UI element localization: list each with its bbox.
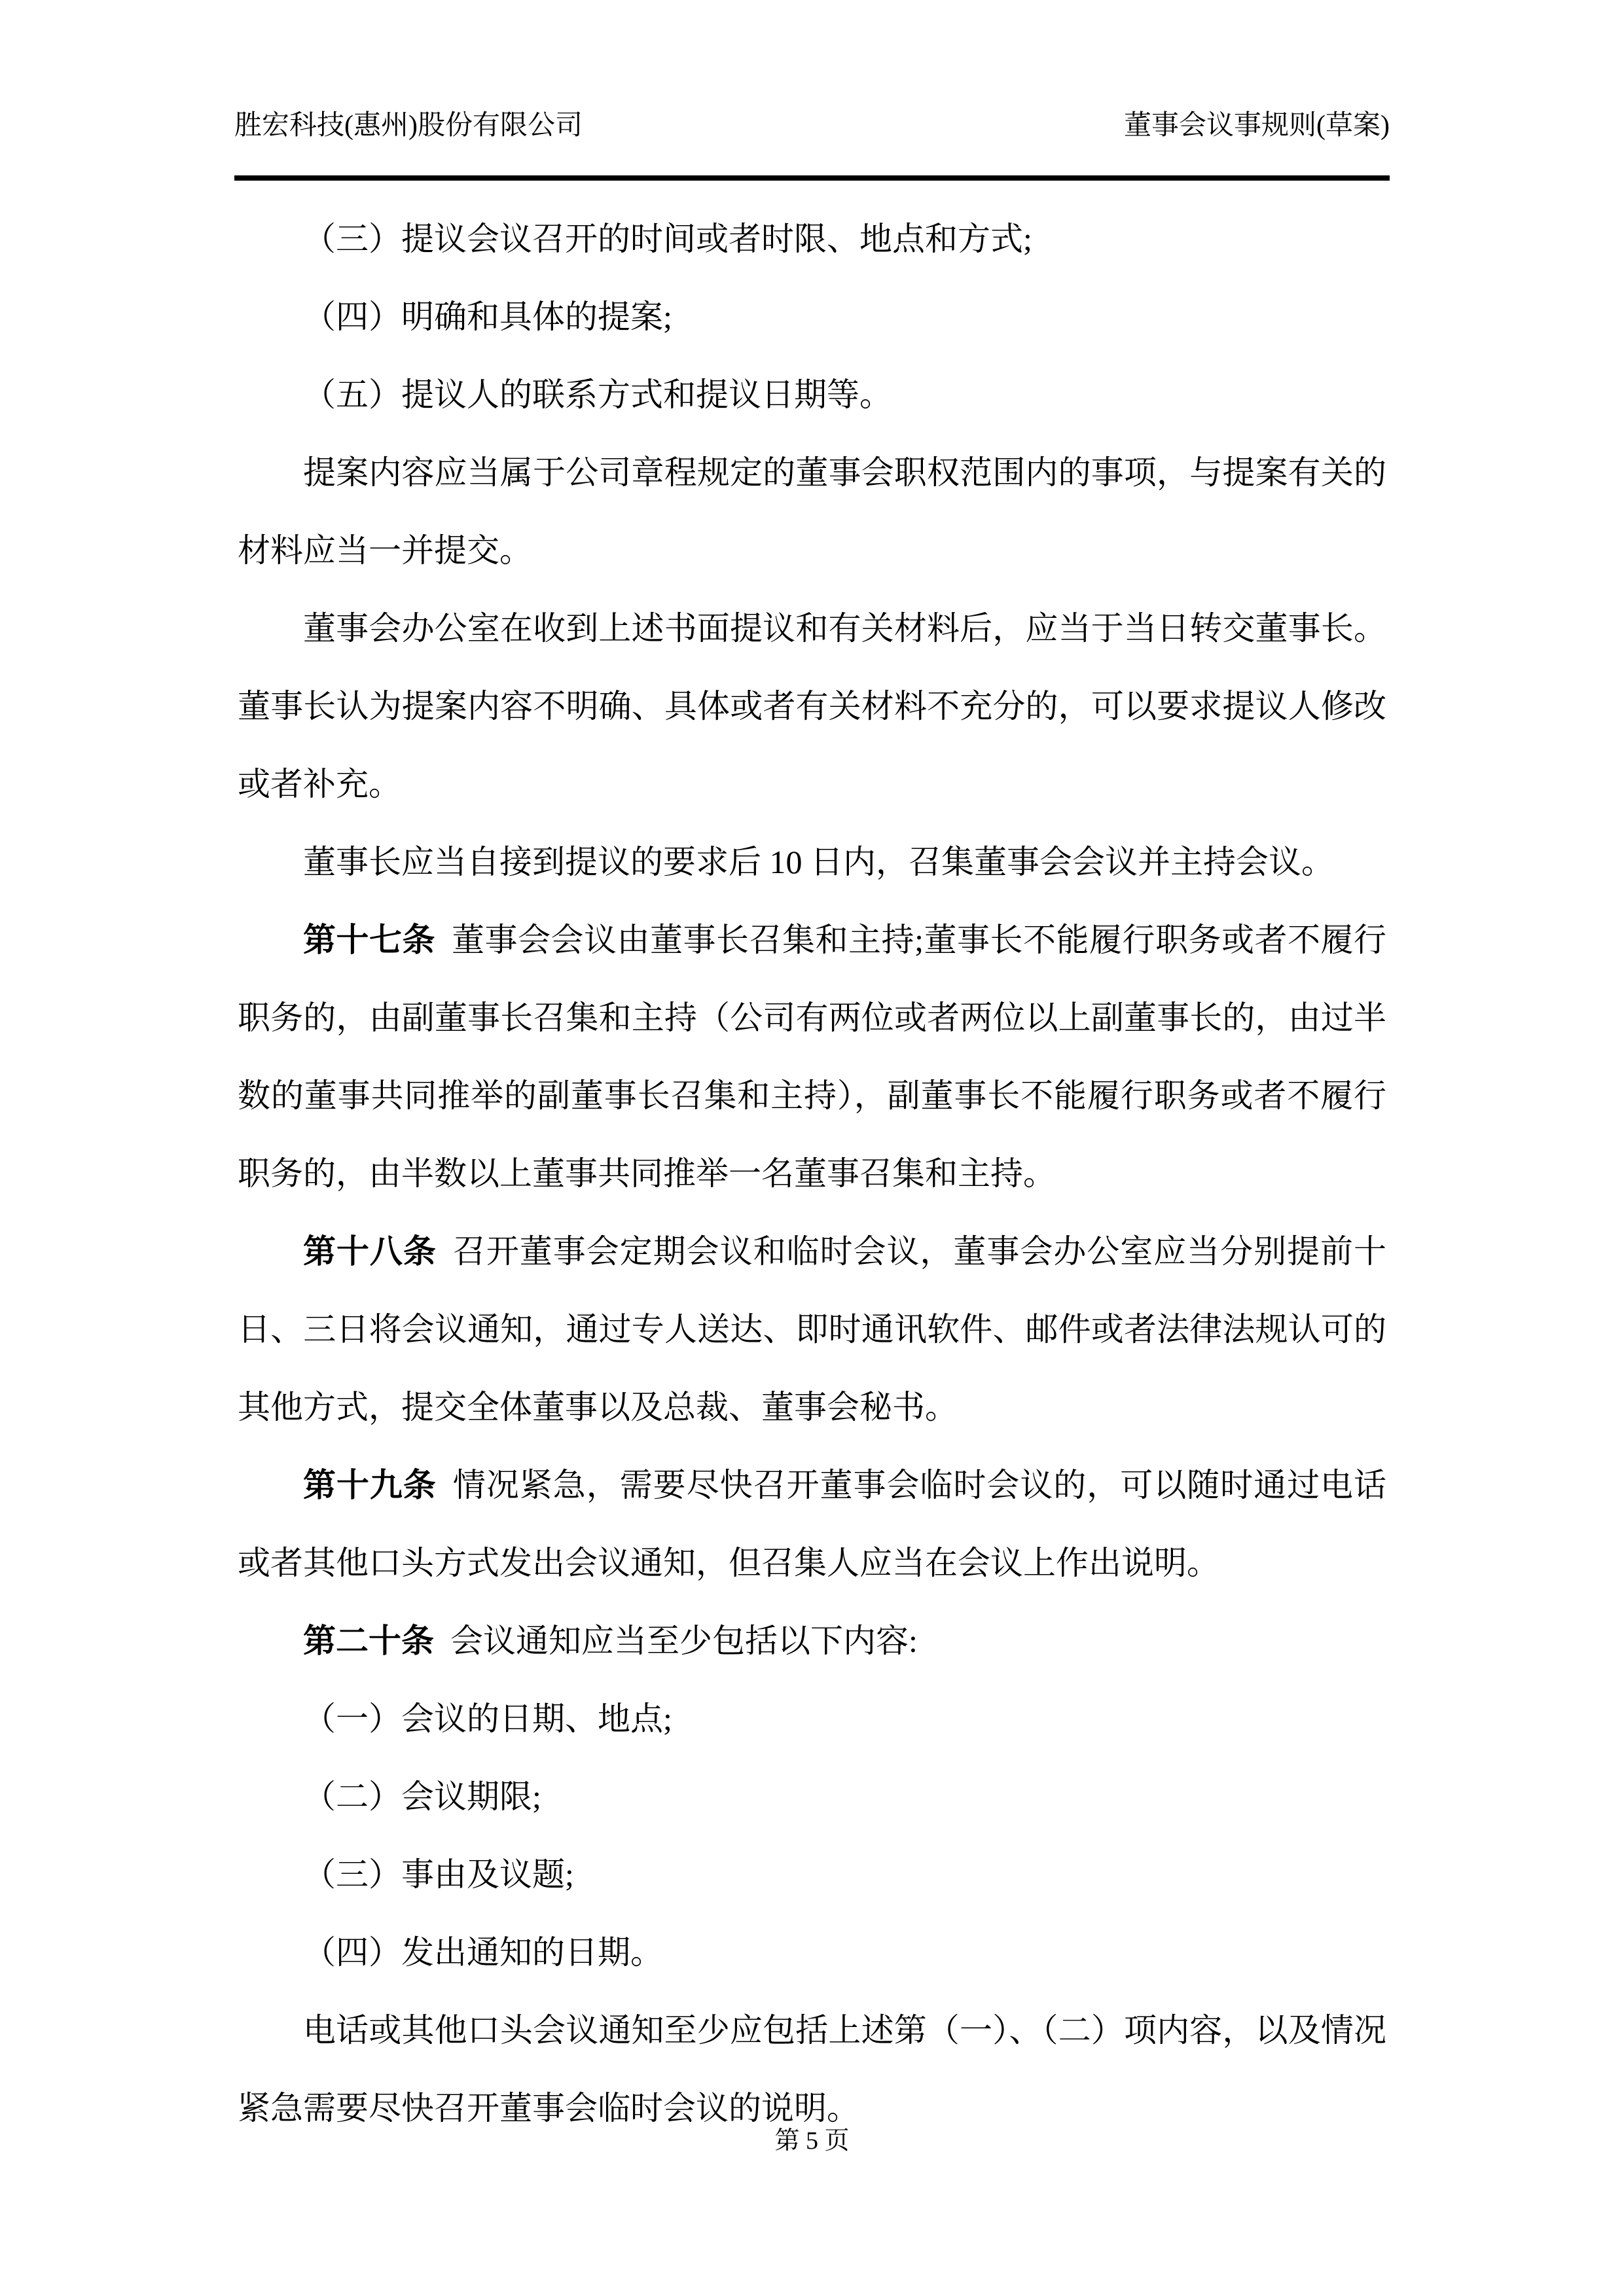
paragraph-text: 电话或其他口头会议通知至少应包括上述第（一）、（二）项内容，以及情况紧急需要尽快…	[238, 2012, 1386, 2126]
page-footer: 第 5 页	[0, 2126, 1624, 2156]
paragraph: 第二十条会议通知应当至少包括以下内容:	[238, 1602, 1386, 1680]
paragraph: （五）提议人的联系方式和提议日期等。	[238, 356, 1386, 434]
paragraph: 第十八条召开董事会定期会议和临时会议，董事会办公室应当分别提前十日、三日将会议通…	[238, 1213, 1386, 1446]
article-number: 第十九条	[303, 1467, 437, 1503]
document-body: （三）提议会议召开的时间或者时限、地点和方式; （四）明确和具体的提案; （五）…	[0, 181, 1624, 2147]
paragraph-text: （五）提议人的联系方式和提议日期等。	[303, 376, 892, 413]
paragraph-text: （四）发出通知的日期。	[303, 1934, 663, 1971]
paragraph: 提案内容应当属于公司章程规定的董事会职权范围内的事项，与提案有关的材料应当一并提…	[238, 434, 1386, 590]
paragraph-text: 董事长应当自接到提议的要求后 10 日内，召集董事会会议并主持会议。	[303, 844, 1334, 880]
header-doc-title: 董事会议事规则(草案)	[1124, 109, 1390, 143]
article-number: 第十七条	[303, 922, 435, 958]
paragraph-text: 董事会会议由董事长召集和主持;董事长不能履行职务或者不履行职务的，由副董事长召集…	[238, 922, 1386, 1192]
paragraph: 董事会办公室在收到上述书面提议和有关材料后，应当于当日转交董事长。董事长认为提案…	[238, 590, 1386, 823]
page-header: 胜宏科技(惠州)股份有限公司 董事会议事规则(草案)	[234, 0, 1390, 181]
document-page: 胜宏科技(惠州)股份有限公司 董事会议事规则(草案) （三）提议会议召开的时间或…	[0, 0, 1624, 2296]
paragraph-text: 董事会办公室在收到上述书面提议和有关材料后，应当于当日转交董事长。董事长认为提案…	[238, 610, 1386, 802]
paragraph-text: （三）提议会议召开的时间或者时限、地点和方式;	[303, 221, 1032, 257]
paragraph: （一）会议的日期、地点;	[238, 1680, 1386, 1758]
paragraph-text: （一）会议的日期、地点;	[303, 1700, 672, 1737]
paragraph: 第十七条董事会会议由董事长召集和主持;董事长不能履行职务或者不履行职务的，由副董…	[238, 901, 1386, 1213]
paragraph-text: （四）明确和具体的提案;	[303, 298, 672, 335]
article-number: 第十八条	[303, 1233, 437, 1270]
paragraph-text: 提案内容应当属于公司章程规定的董事会职权范围内的事项，与提案有关的材料应当一并提…	[238, 454, 1386, 569]
paragraph-text: 会议通知应当至少包括以下内容:	[450, 1623, 918, 1659]
paragraph: 电话或其他口头会议通知至少应包括上述第（一）、（二）项内容，以及情况紧急需要尽快…	[238, 1992, 1386, 2147]
paragraph: 董事长应当自接到提议的要求后 10 日内，召集董事会会议并主持会议。	[238, 823, 1386, 901]
paragraph: （四）发出通知的日期。	[238, 1914, 1386, 1992]
paragraph-text: （三）事由及议题;	[303, 1856, 574, 1893]
paragraph: 第十九条情况紧急，需要尽快召开董事会临时会议的，可以随时通过电话或者其他口头方式…	[238, 1446, 1386, 1602]
header-company-name: 胜宏科技(惠州)股份有限公司	[234, 109, 583, 143]
paragraph: （二）会议期限;	[238, 1758, 1386, 1836]
paragraph: （四）明确和具体的提案;	[238, 278, 1386, 356]
page-number: 第 5 页	[774, 2127, 849, 2155]
paragraph-text: （二）会议期限;	[303, 1778, 541, 1815]
paragraph: （三）事由及议题;	[238, 1836, 1386, 1914]
paragraph: （三）提议会议召开的时间或者时限、地点和方式;	[238, 200, 1386, 278]
article-number: 第二十条	[303, 1623, 434, 1659]
